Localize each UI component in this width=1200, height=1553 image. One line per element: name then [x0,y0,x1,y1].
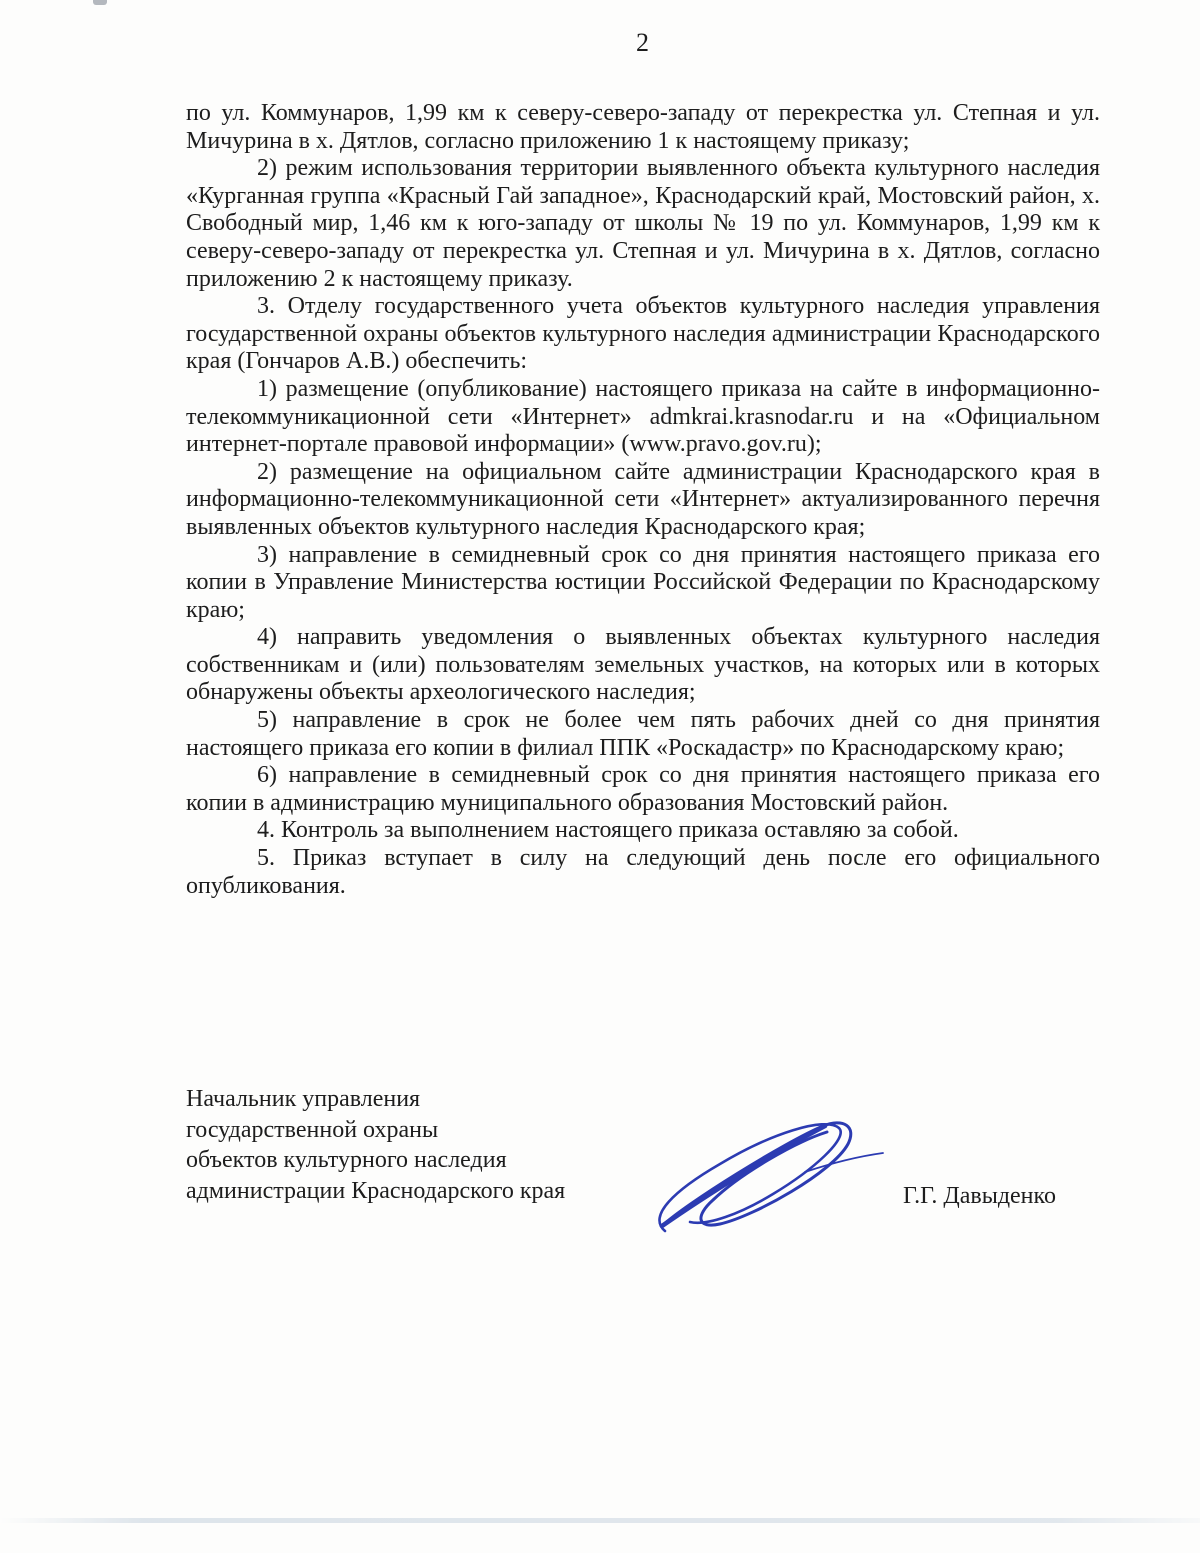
signatory-position-line: объектов культурного наследия [186,1145,565,1176]
body-paragraph: 5) направление в срок не более чем пять … [186,707,1100,762]
page-number: 2 [186,28,1100,58]
body-paragraph: по ул. Коммунаров, 1,99 км к северу-севе… [186,100,1100,155]
signature-stroke-outer-loop [662,1123,851,1226]
scan-artifact-top-edge [93,0,107,5]
signatory-position-line: Начальник управления [186,1084,565,1115]
body-paragraph: 3) направление в семидневный срок со дня… [186,542,1100,625]
document-body: по ул. Коммунаров, 1,99 км к северу-севе… [186,100,1100,900]
body-paragraph: 4. Контроль за выполнением настоящего пр… [186,817,1100,845]
signatory-position-line: администрации Краснодарского края [186,1176,565,1207]
body-paragraph: 1) размещение (опубликование) настоящего… [186,376,1100,459]
body-paragraph: 3. Отделу государственного учета объекто… [186,293,1100,376]
scanned-document-page: 2 по ул. Коммунаров, 1,99 км к северу-се… [0,0,1200,1553]
signatory-position-line: государственной охраны [186,1115,565,1146]
signatory-name: Г.Г. Давыденко [903,1183,1056,1210]
body-paragraph: 4) направить уведомления о выявленных об… [186,624,1100,707]
body-paragraph: 6) направление в семидневный срок со дня… [186,762,1100,817]
scan-artifact-bottom-line [0,1518,1200,1523]
body-paragraph: 2) режим использования территории выявле… [186,155,1100,293]
signatory-position-block: Начальник управления государственной охр… [186,1084,565,1206]
body-paragraph: 5. Приказ вступает в силу на следующий д… [186,845,1100,900]
handwritten-signature-ink [645,1104,895,1249]
body-paragraph: 2) размещение на официальном сайте админ… [186,459,1100,542]
